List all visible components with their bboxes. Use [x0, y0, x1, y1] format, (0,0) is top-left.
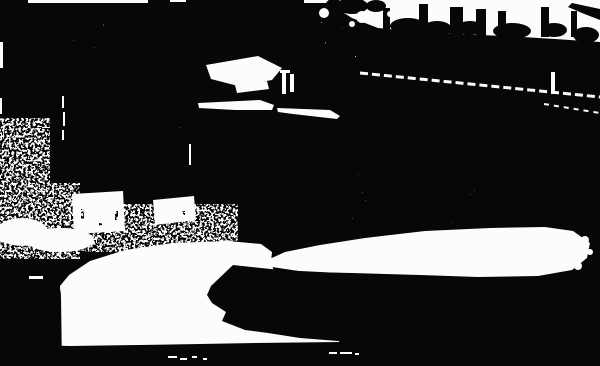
- gatepost-highlight: [29, 276, 43, 279]
- foliage-texture: [0, 2, 362, 62]
- fence-post-icon: [419, 4, 428, 36]
- door-post: [290, 74, 294, 92]
- fence-post-icon: [450, 7, 463, 37]
- door-post: [282, 72, 286, 94]
- photo-canvas: [0, 0, 600, 366]
- wall-post-highlight: [551, 72, 555, 94]
- door-frame-highlight: [189, 144, 191, 165]
- fence-post-icon: [498, 11, 506, 37]
- fence-post-icon: [476, 9, 486, 37]
- fence-post-icon: [571, 11, 577, 37]
- drainpipe-highlight: [62, 130, 64, 140]
- drainpipe-highlight: [63, 112, 65, 126]
- archway-shadow: [186, 0, 304, 58]
- fence-post-icon: [541, 7, 549, 37]
- halftone-photo: [0, 0, 600, 366]
- drainpipe-highlight: [62, 96, 64, 108]
